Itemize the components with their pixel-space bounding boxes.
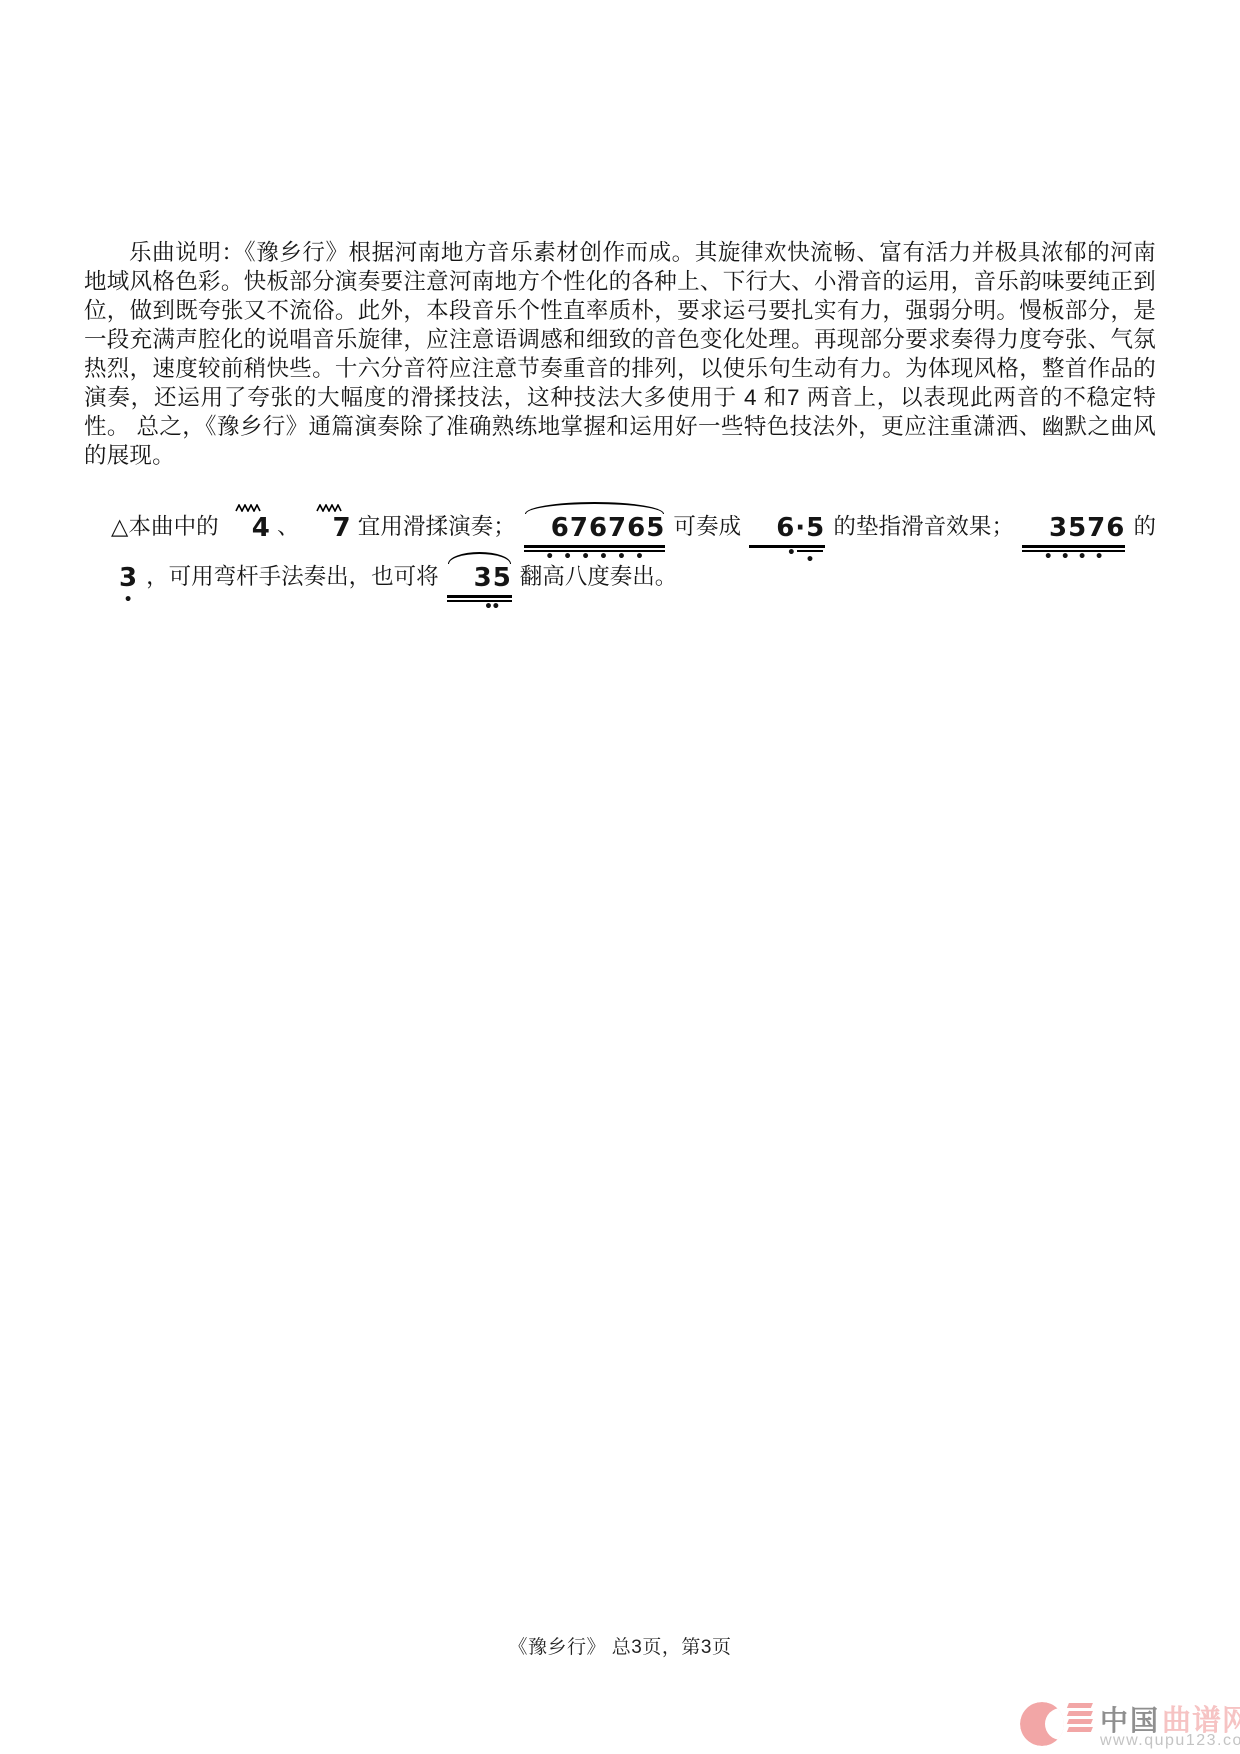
page-content: 乐曲说明：《豫乡行》根据河南地方音乐素材创作而成。其旋律欢快流畅、富有活力并极具… — [84, 238, 1156, 602]
note-digit: 7 — [333, 513, 352, 543]
note-digits: 676765 — [551, 513, 666, 543]
jianpu-group-35: 35•• — [447, 565, 512, 591]
logo-stripe — [1067, 1703, 1093, 1708]
beam-line — [447, 595, 512, 598]
beam-line — [524, 545, 666, 548]
notes-text-3: 可奏成 — [673, 514, 741, 539]
low-octave-dot: • — [778, 555, 815, 565]
qupu123-watermark: 中国 曲谱网 www.qupu123.com — [1016, 1690, 1238, 1752]
performance-notes-paragraph: △本曲中的4、7宜用滑揉演奏；676765••••••可奏成6·5••的垫指滑音… — [84, 502, 1156, 602]
music-description-paragraph: 乐曲说明：《豫乡行》根据河南地方音乐素材创作而成。其旋律欢快流畅、富有活力并极具… — [84, 238, 1156, 470]
notes-text-2: 宜用滑揉演奏； — [358, 514, 516, 539]
notes-text-5: 的 — [1133, 514, 1156, 539]
watermark-url: www.qupu123.com — [1100, 1732, 1240, 1750]
notes-text-comma: 、 — [277, 514, 300, 539]
note-digits: 35 — [474, 563, 512, 593]
vibrato-zigzag-icon — [235, 504, 261, 512]
sheet-music-notes-page: 乐曲说明：《豫乡行》根据河南地方音乐素材创作而成。其旋律欢快流畅、富有活力并极具… — [0, 0, 1240, 1754]
notes-text-4: 的垫指滑音效果； — [833, 514, 1014, 539]
logo-stripe — [1067, 1711, 1093, 1716]
logo-stripe — [1067, 1719, 1093, 1724]
note-digit: 4 — [252, 513, 271, 543]
jianpu-group-3576: 3576•••• — [1022, 515, 1125, 541]
jianpu-note-7-vibrato: 7 — [306, 515, 352, 541]
note-digits: 6·5 — [776, 513, 825, 543]
jianpu-note-4-vibrato: 4 — [225, 515, 271, 541]
low-octave-dots: •••••• — [524, 552, 666, 562]
jianpu-note-3-low: 3• — [92, 565, 138, 591]
low-octave-dot: • — [92, 595, 138, 605]
note-digit: 3 — [119, 563, 138, 593]
logo-stripe — [1067, 1727, 1093, 1732]
low-octave-dot: • — [464, 602, 501, 612]
qupu123-logo-icon — [1020, 1702, 1064, 1746]
low-octave-dots: •••• — [1022, 552, 1125, 562]
notes-text-1: △本曲中的 — [111, 514, 219, 539]
beam-line — [1022, 545, 1125, 548]
note-digits: 3576 — [1049, 513, 1125, 543]
logo-stripes-icon — [1068, 1703, 1098, 1745]
slur-arc — [525, 502, 665, 514]
slur-arc — [448, 552, 511, 564]
vibrato-zigzag-icon — [316, 504, 342, 512]
page-footer: 《豫乡行》 总3页，第3页 — [0, 1632, 1240, 1659]
notes-text-6: ，可用弯杆手法奏出，也可将 — [146, 564, 439, 589]
jianpu-group-676765: 676765•••••• — [524, 515, 666, 541]
jianpu-group-6-dot-5: 6·5•• — [749, 515, 825, 541]
notes-text-7: 翻高八度奏出。 — [520, 564, 678, 589]
